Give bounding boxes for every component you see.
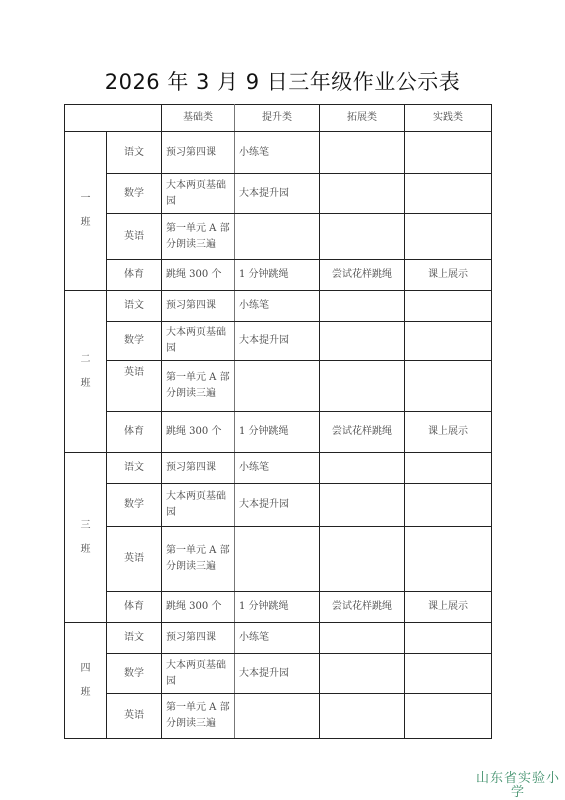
basic-cell: 大本两页基础园 (162, 484, 235, 527)
advanced-cell (235, 694, 320, 739)
table-row: 数学大本两页基础园大本提升园 (65, 484, 492, 527)
practice-cell (405, 654, 492, 694)
practice-cell (405, 361, 492, 412)
basic-cell: 跳绳 300 个 (162, 592, 235, 623)
advanced-cell: 1 分钟跳绳 (235, 412, 320, 453)
basic-cell: 预习第四课 (162, 623, 235, 654)
practice-cell: 课上展示 (405, 260, 492, 291)
advanced-cell (235, 527, 320, 592)
header-row: 基础类 提升类 拓展类 实践类 (65, 105, 492, 132)
class-name-cell: 二 班 (65, 291, 107, 453)
subject-cell: 语文 (107, 453, 162, 484)
extended-cell (320, 361, 405, 412)
advanced-cell (235, 361, 320, 412)
basic-cell: 跳绳 300 个 (162, 260, 235, 291)
basic-cell: 第一单元 A 部分朗读三遍 (162, 361, 235, 412)
table-row: 数学大本两页基础园大本提升园 (65, 654, 492, 694)
advanced-cell: 大本提升园 (235, 654, 320, 694)
subject-cell: 数学 (107, 322, 162, 361)
page-title: 2026 年 3 月 9 日三年级作业公示表 (0, 66, 565, 96)
extended-cell (320, 322, 405, 361)
header-corner (65, 105, 162, 132)
advanced-cell: 小练笔 (235, 291, 320, 322)
subject-cell: 语文 (107, 623, 162, 654)
practice-cell (405, 132, 492, 174)
basic-cell: 第一单元 A 部分朗读三遍 (162, 694, 235, 739)
advanced-cell: 1 分钟跳绳 (235, 592, 320, 623)
subject-cell: 数学 (107, 484, 162, 527)
header-basic: 基础类 (162, 105, 235, 132)
table-row: 体育跳绳 300 个1 分钟跳绳尝试花样跳绳课上展示 (65, 260, 492, 291)
extended-cell: 尝试花样跳绳 (320, 260, 405, 291)
subject-cell: 体育 (107, 592, 162, 623)
subject-cell: 语文 (107, 132, 162, 174)
basic-cell: 预习第四课 (162, 453, 235, 484)
table-row: 英语第一单元 A 部分朗读三遍 (65, 214, 492, 260)
practice-cell (405, 527, 492, 592)
advanced-cell: 大本提升园 (235, 484, 320, 527)
subject-cell: 体育 (107, 412, 162, 453)
practice-cell (405, 174, 492, 214)
subject-cell: 体育 (107, 260, 162, 291)
practice-cell (405, 291, 492, 322)
practice-cell (405, 484, 492, 527)
advanced-cell: 大本提升园 (235, 174, 320, 214)
table-row: 英语第一单元 A 部分朗读三遍 (65, 694, 492, 739)
advanced-cell: 小练笔 (235, 453, 320, 484)
advanced-cell: 小练笔 (235, 132, 320, 174)
table-row: 三 班语文预习第四课小练笔 (65, 453, 492, 484)
school-name-cn: 山东省实验小学 (472, 772, 564, 800)
extended-cell (320, 291, 405, 322)
basic-cell: 第一单元 A 部分朗读三遍 (162, 214, 235, 260)
basic-cell: 大本两页基础园 (162, 654, 235, 694)
class-name-cell: 一 班 (65, 132, 107, 291)
practice-cell (405, 322, 492, 361)
advanced-cell (235, 214, 320, 260)
subject-cell: 语文 (107, 291, 162, 322)
header-advanced: 提升类 (235, 105, 320, 132)
table-row: 英语第一单元 A 部分朗读三遍 (65, 361, 492, 412)
subject-cell: 英语 (107, 694, 162, 739)
basic-cell: 大本两页基础园 (162, 174, 235, 214)
table-row: 英语第一单元 A 部分朗读三遍 (65, 527, 492, 592)
basic-cell: 大本两页基础园 (162, 322, 235, 361)
table-row: 数学大本两页基础园大本提升园 (65, 322, 492, 361)
extended-cell (320, 694, 405, 739)
basic-cell: 预习第四课 (162, 132, 235, 174)
subject-cell: 英语 (107, 361, 162, 412)
extended-cell (320, 623, 405, 654)
basic-cell: 预习第四课 (162, 291, 235, 322)
practice-cell: 课上展示 (405, 592, 492, 623)
class-name-cell: 三 班 (65, 453, 107, 623)
extended-cell: 尝试花样跳绳 (320, 412, 405, 453)
extended-cell (320, 214, 405, 260)
header-extended: 拓展类 (320, 105, 405, 132)
table-row: 体育跳绳 300 个1 分钟跳绳尝试花样跳绳课上展示 (65, 592, 492, 623)
practice-cell (405, 453, 492, 484)
subject-cell: 数学 (107, 174, 162, 214)
header-practice: 实践类 (405, 105, 492, 132)
subject-cell: 英语 (107, 214, 162, 260)
basic-cell: 第一单元 A 部分朗读三遍 (162, 527, 235, 592)
table-row: 数学大本两页基础园大本提升园 (65, 174, 492, 214)
table-row: 四 班语文预习第四课小练笔 (65, 623, 492, 654)
extended-cell (320, 527, 405, 592)
extended-cell (320, 654, 405, 694)
extended-cell (320, 132, 405, 174)
practice-cell (405, 694, 492, 739)
homework-table: 基础类 提升类 拓展类 实践类 一 班语文预习第四课小练笔数学大本两页基础园大本… (64, 104, 492, 739)
basic-cell: 跳绳 300 个 (162, 412, 235, 453)
advanced-cell: 小练笔 (235, 623, 320, 654)
advanced-cell: 大本提升园 (235, 322, 320, 361)
subject-cell: 数学 (107, 654, 162, 694)
extended-cell (320, 174, 405, 214)
practice-cell (405, 214, 492, 260)
practice-cell (405, 623, 492, 654)
table-row: 一 班语文预习第四课小练笔 (65, 132, 492, 174)
table-row: 体育跳绳 300 个1 分钟跳绳尝试花样跳绳课上展示 (65, 412, 492, 453)
extended-cell (320, 453, 405, 484)
extended-cell (320, 484, 405, 527)
practice-cell: 课上展示 (405, 412, 492, 453)
class-name-cell: 四 班 (65, 623, 107, 739)
table-row: 二 班语文预习第四课小练笔 (65, 291, 492, 322)
extended-cell: 尝试花样跳绳 (320, 592, 405, 623)
advanced-cell: 1 分钟跳绳 (235, 260, 320, 291)
school-logo: 山东省实验小学 SHANDONG EXPERIMENTAL PRIMARY SC… (472, 772, 564, 800)
subject-cell: 英语 (107, 527, 162, 592)
